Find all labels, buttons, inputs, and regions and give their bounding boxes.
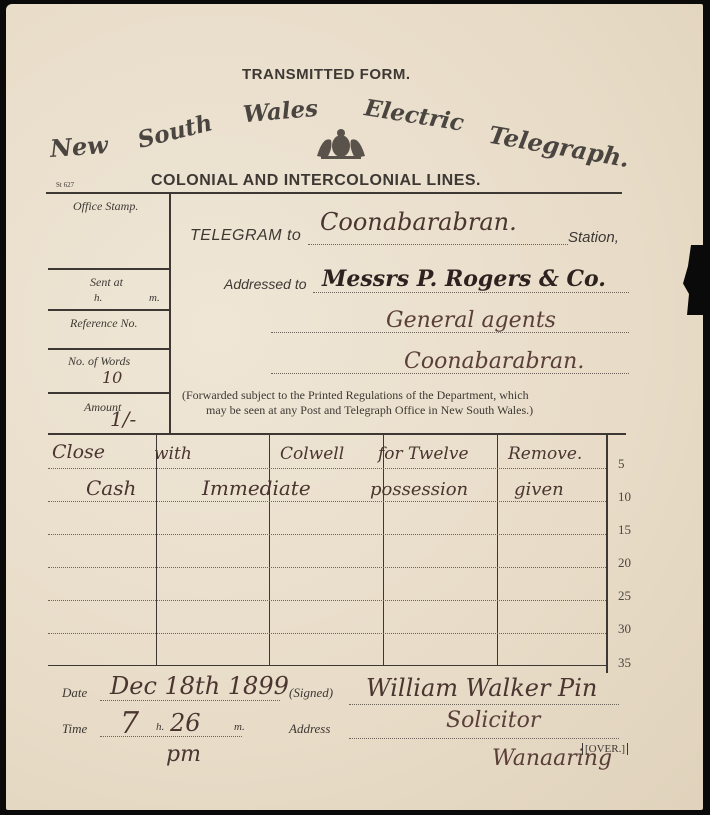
message-word: Remove. [508, 444, 582, 464]
sent-m-label: m. [149, 292, 160, 304]
message-right-rule [606, 433, 608, 673]
sidebar-rule [48, 309, 169, 311]
form-subtitle: COLONIAL AND INTERCOLONIAL LINES. [151, 172, 481, 190]
form-title: TRANSMITTED FORM. [242, 66, 410, 83]
sent-at-label: Sent at [90, 275, 123, 290]
column-divider [156, 435, 157, 665]
message-word: Close [52, 441, 105, 463]
sidebar-divider [169, 194, 171, 434]
column-divider [383, 435, 384, 665]
telegram-to-label: TELEGRAM to [190, 227, 301, 245]
message-row-line [48, 600, 606, 601]
reference-label: Reference No. [70, 316, 138, 331]
address-line-1-value: Messrs P. Rogers & Co. [322, 266, 606, 292]
address-label: Address [289, 721, 330, 737]
sidebar-rule [48, 392, 169, 394]
time-m-label: m. [234, 721, 245, 733]
line-number: 15 [618, 522, 631, 538]
signed-line [349, 704, 619, 705]
telegram-form-paper: TRANSMITTED FORM. New South Wales Electr… [6, 4, 703, 810]
message-row-line [48, 501, 606, 502]
words-value: 10 [102, 368, 122, 387]
addressed-to-label: Addressed to [224, 276, 307, 292]
message-bottom-rule [48, 665, 606, 666]
message-top-rule [48, 433, 626, 435]
over-label: [OVER.] [582, 743, 628, 755]
message-row-line [48, 468, 606, 469]
masthead-word-electric: Electric [363, 94, 466, 136]
office-stamp-label: Office Stamp. [73, 199, 138, 214]
signed-label: (Signed) [289, 685, 333, 701]
column-divider [497, 435, 498, 665]
words-label: No. of Words [68, 354, 130, 369]
station-label: Station, [568, 229, 619, 246]
message-word: Colwell [280, 444, 344, 464]
time-hour-value: 7 [120, 706, 139, 741]
column-divider [269, 435, 270, 665]
date-label: Date [62, 685, 87, 701]
line-number: 25 [618, 588, 631, 604]
message-word: given [514, 479, 564, 500]
masthead-word-south: South [135, 109, 215, 154]
coat-of-arms-icon [313, 128, 369, 160]
line-number: 35 [618, 655, 631, 671]
address-line-2-value: General agents [386, 308, 556, 333]
form-code: St 627 [56, 181, 74, 189]
regulations-note-line1: (Forwarded subject to the Printed Regula… [182, 388, 529, 403]
sender-address-line [349, 738, 619, 739]
sidebar-rule [48, 268, 169, 270]
time-label: Time [62, 721, 87, 737]
message-word: Immediate [202, 476, 311, 500]
line-number: 30 [618, 621, 631, 637]
address-line-1 [313, 292, 629, 293]
regulations-note-line2: may be seen at any Post and Telegraph Of… [206, 403, 533, 418]
telegram-to-value: Coonabarabran. [320, 208, 517, 236]
masthead-word-wales: Wales [242, 95, 319, 128]
line-number: 5 [618, 456, 625, 472]
time-suffix: pm [166, 742, 201, 767]
message-word: with [154, 444, 192, 464]
message-word: possession [370, 479, 468, 500]
message-row-line [48, 567, 606, 568]
date-value: Dec 18th 1899 [110, 672, 289, 700]
signed-value: William Walker Pin [366, 674, 597, 702]
masthead-word-new: New [49, 130, 109, 163]
time-minute-value: 26 [170, 709, 201, 737]
message-row-line [48, 633, 606, 634]
sender-address-value-1: Solicitor [446, 708, 540, 733]
masthead-word-telegraph: Telegraph. [487, 120, 632, 173]
line-number: 20 [618, 555, 631, 571]
line-number: 10 [618, 489, 631, 505]
top-rule [46, 192, 622, 194]
sent-h-label: h. [94, 292, 102, 304]
message-row-line [48, 534, 606, 535]
message-word: for Twelve [378, 444, 469, 464]
amount-value: 1/- [110, 407, 136, 431]
sidebar-rule [48, 348, 169, 350]
address-line-3-value: Coonabarabran. [404, 349, 584, 374]
message-word: Cash [86, 476, 136, 500]
date-line [100, 700, 280, 701]
telegram-to-line [308, 244, 568, 245]
time-h-label: h. [156, 721, 164, 733]
